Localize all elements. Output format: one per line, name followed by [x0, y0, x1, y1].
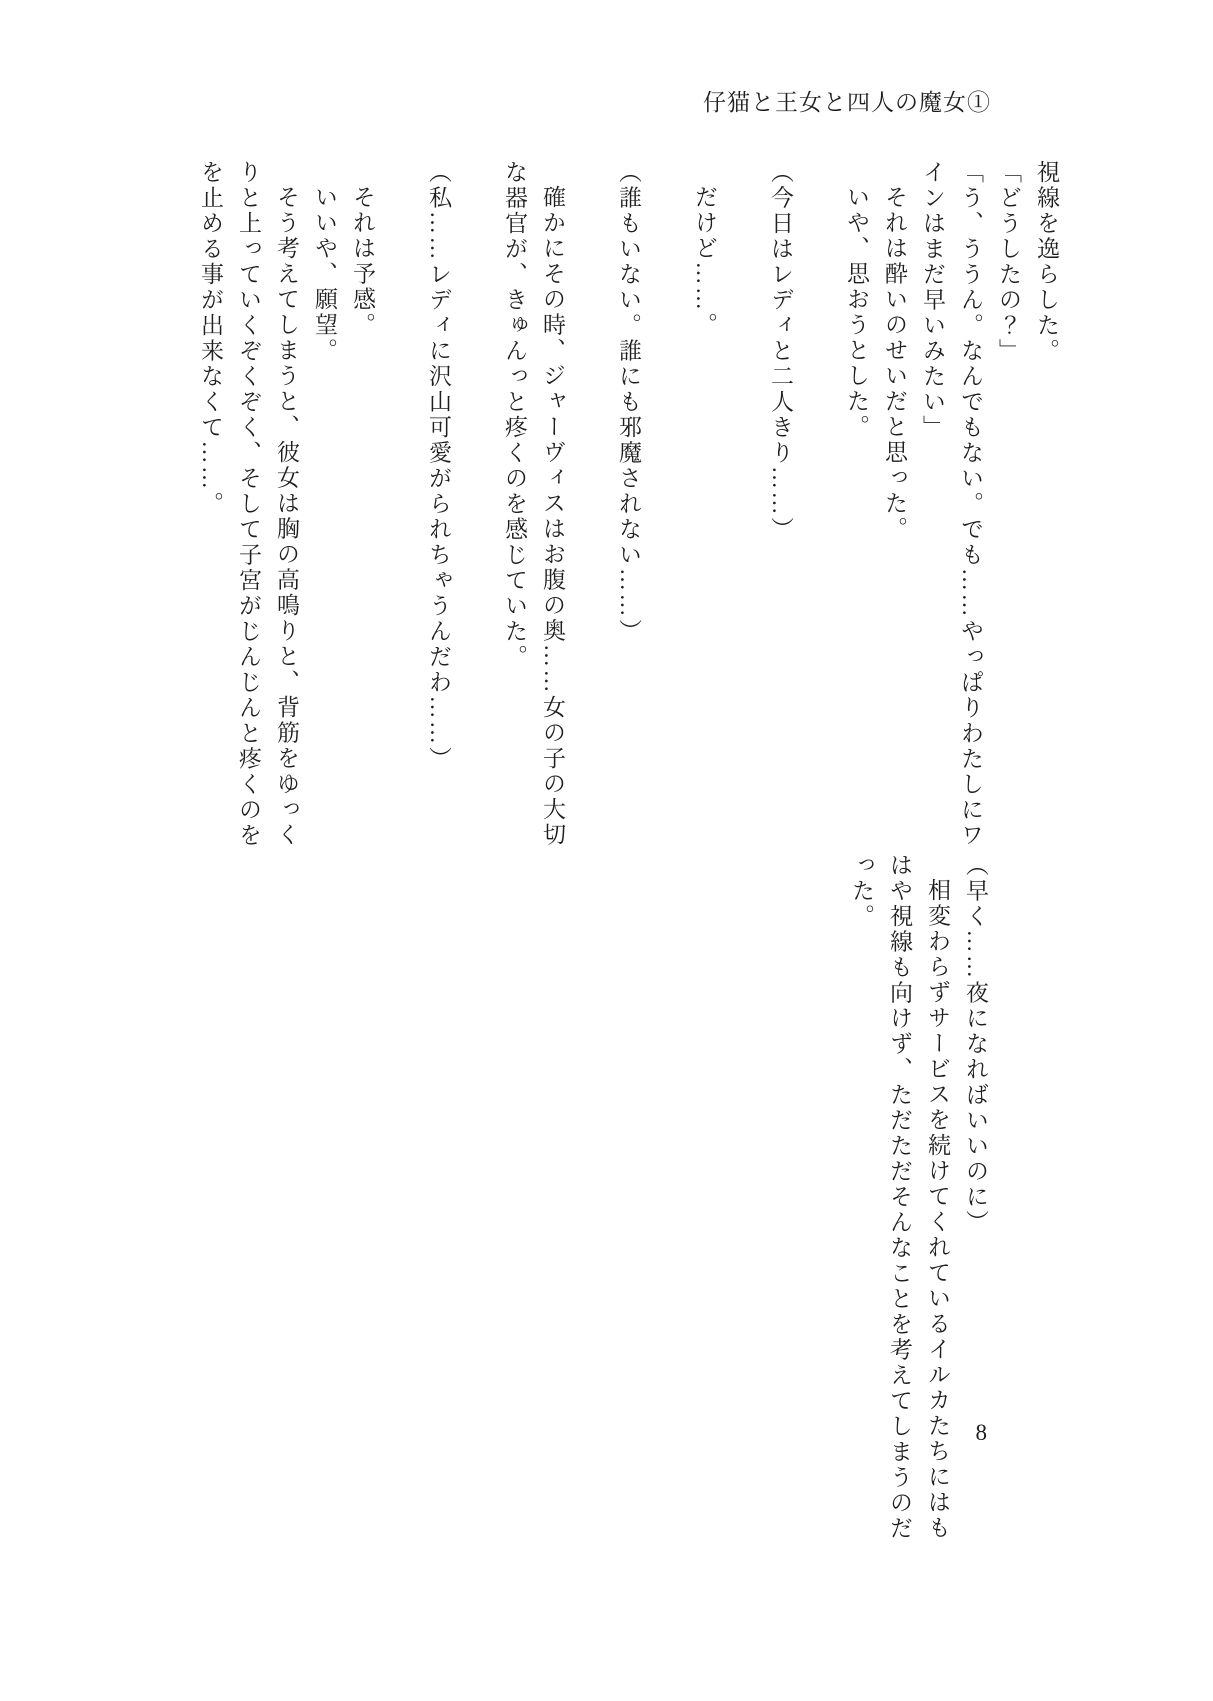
novel-page: 仔猫と王女と四人の魔女① 視線を逸らした。 「どうしたの？」 「う、ううん。なん… [0, 0, 1213, 1701]
text-line: った。 [842, 853, 880, 1513]
text-line: な器官が、きゅんっと疼くのを感じていた。 [495, 160, 533, 870]
text-block-upper: 視線を逸らした。 「どうしたの？」 「う、ううん。なんでもない。でも……やっぱり… [191, 160, 1065, 870]
text-line: それは予感。 [343, 160, 381, 870]
text-line: （誰もいない。誰にも邪魔されない……） [609, 160, 647, 870]
text-line: そう考えてしまうと、彼女は胸の高鳴りと、背筋をゆっく [267, 160, 305, 870]
text-line: はや視線も向けず、ただただそんなことを考えてしまうのだ [880, 853, 918, 1513]
text-line: いや、思おうとした。 [837, 160, 875, 870]
text-line: （今日はレディと二人きり……） [761, 160, 799, 870]
text-line: だけど……。 [685, 160, 723, 870]
text-line: それは酔いのせいだと思った。 [875, 160, 913, 870]
page-header-title: 仔猫と王女と四人の魔女① [703, 84, 991, 117]
text-line: 確かにその時、ジャーヴィスはお腹の奥……女の子の大切 [533, 160, 571, 870]
page-number: 8 [976, 1420, 988, 1446]
blank-line [647, 160, 685, 870]
text-line: いいや、願望。 [305, 160, 343, 870]
blank-line [799, 160, 837, 870]
text-block-lower: （早く……夜になればいいのに） 相変わらずサービスを続けてくれているイルカたちに… [842, 853, 994, 1513]
text-line: （早く……夜になればいいのに） [956, 853, 994, 1513]
text-line: 「どうしたの？」 [989, 160, 1027, 870]
text-line: 視線を逸らした。 [1027, 160, 1065, 870]
text-line: （私……レディに沢山可愛がられちゃうんだわ……） [419, 160, 457, 870]
text-line: を止める事が出来なくて……。 [191, 160, 229, 870]
blank-line [457, 160, 495, 870]
blank-line [381, 160, 419, 870]
text-line: りと上っていくぞくぞく、そして子宮がじんじんと疼くのを [229, 160, 267, 870]
blank-line [571, 160, 609, 870]
text-line: 相変わらずサービスを続けてくれているイルカたちにはも [918, 853, 956, 1513]
text-line: インはまだ早いみたい」 [913, 160, 951, 870]
blank-line [723, 160, 761, 870]
text-line: 「う、ううん。なんでもない。でも……やっぱりわたしにワ [951, 160, 989, 870]
